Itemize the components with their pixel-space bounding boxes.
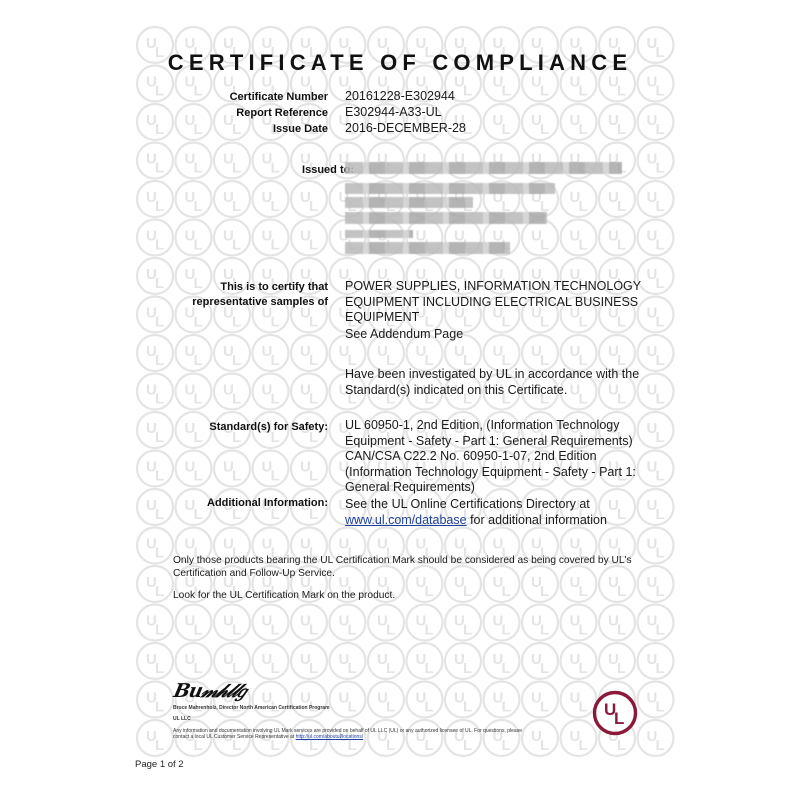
- svg-text:U: U: [608, 74, 619, 91]
- svg-text:U: U: [454, 613, 465, 630]
- svg-text:L: L: [271, 237, 280, 254]
- svg-text:U: U: [146, 651, 157, 668]
- svg-text:L: L: [656, 198, 665, 215]
- svg-text:L: L: [502, 737, 511, 754]
- svg-text:L: L: [155, 391, 164, 408]
- svg-text:U: U: [531, 228, 542, 245]
- svg-text:L: L: [579, 699, 588, 716]
- svg-text:L: L: [463, 737, 472, 754]
- svg-text:L: L: [656, 275, 665, 292]
- page-number: Page 1 of 2: [135, 759, 184, 770]
- svg-text:L: L: [617, 237, 626, 254]
- certify-label-line1: This is to certify that: [220, 281, 328, 293]
- svg-text:L: L: [502, 583, 511, 600]
- svg-text:L: L: [194, 468, 203, 485]
- svg-text:U: U: [223, 112, 234, 129]
- svg-text:U: U: [146, 151, 157, 168]
- svg-text:U: U: [339, 343, 350, 360]
- redacted-line: [345, 230, 413, 238]
- svg-text:L: L: [540, 121, 549, 138]
- svg-text:U: U: [647, 266, 658, 283]
- svg-text:U: U: [300, 459, 311, 476]
- svg-text:U: U: [339, 536, 350, 553]
- svg-text:U: U: [185, 228, 196, 245]
- svg-text:L: L: [540, 622, 549, 639]
- ul-logo-l: L: [614, 709, 624, 728]
- svg-text:U: U: [185, 151, 196, 168]
- svg-text:L: L: [348, 660, 357, 677]
- svg-text:L: L: [232, 198, 241, 215]
- svg-text:L: L: [656, 352, 665, 369]
- svg-text:L: L: [155, 545, 164, 562]
- svg-text:L: L: [155, 352, 164, 369]
- svg-text:L: L: [194, 660, 203, 677]
- svg-text:L: L: [309, 468, 318, 485]
- svg-text:L: L: [309, 352, 318, 369]
- svg-text:U: U: [416, 343, 427, 360]
- standards-label: Standard(s) for Safety:: [209, 421, 328, 433]
- svg-text:U: U: [493, 690, 504, 707]
- svg-text:L: L: [232, 314, 241, 331]
- svg-text:L: L: [540, 660, 549, 677]
- svg-text:L: L: [579, 660, 588, 677]
- svg-text:U: U: [185, 266, 196, 283]
- svg-text:U: U: [262, 690, 273, 707]
- svg-text:U: U: [146, 112, 157, 129]
- svg-text:L: L: [579, 121, 588, 138]
- svg-text:L: L: [309, 660, 318, 677]
- svg-text:U: U: [647, 228, 658, 245]
- svg-text:U: U: [223, 459, 234, 476]
- svg-text:L: L: [502, 83, 511, 100]
- svg-text:U: U: [262, 536, 273, 553]
- svg-text:U: U: [146, 382, 157, 399]
- svg-text:L: L: [194, 198, 203, 215]
- svg-text:L: L: [463, 583, 472, 600]
- svg-text:U: U: [454, 343, 465, 360]
- svg-text:L: L: [425, 737, 434, 754]
- svg-text:L: L: [232, 391, 241, 408]
- svg-text:U: U: [570, 189, 581, 206]
- svg-text:U: U: [531, 651, 542, 668]
- svg-text:L: L: [155, 699, 164, 716]
- svg-text:L: L: [617, 737, 626, 754]
- svg-text:U: U: [185, 536, 196, 553]
- standards-text: UL 60950-1, 2nd Edition, (Information Te…: [345, 418, 645, 496]
- svg-text:L: L: [656, 83, 665, 100]
- svg-text:U: U: [416, 536, 427, 553]
- svg-text:U: U: [262, 228, 273, 245]
- svg-text:U: U: [185, 497, 196, 514]
- svg-text:U: U: [223, 613, 234, 630]
- svg-text:U: U: [146, 305, 157, 322]
- svg-text:L: L: [155, 583, 164, 600]
- svg-text:U: U: [493, 74, 504, 91]
- svg-text:L: L: [617, 83, 626, 100]
- svg-text:U: U: [146, 613, 157, 630]
- svg-text:U: U: [647, 536, 658, 553]
- svg-text:U: U: [570, 651, 581, 668]
- svg-text:L: L: [194, 237, 203, 254]
- svg-text:L: L: [155, 660, 164, 677]
- svg-text:U: U: [454, 74, 465, 91]
- svg-text:U: U: [223, 74, 234, 91]
- svg-text:U: U: [339, 690, 350, 707]
- look-for-mark-notice: Look for the UL Certification Mark on th…: [173, 590, 395, 603]
- svg-text:L: L: [194, 429, 203, 446]
- svg-text:L: L: [309, 314, 318, 331]
- svg-text:L: L: [232, 660, 241, 677]
- svg-text:U: U: [570, 112, 581, 129]
- svg-text:U: U: [339, 613, 350, 630]
- svg-text:L: L: [656, 737, 665, 754]
- svg-text:U: U: [146, 459, 157, 476]
- redacted-line: [345, 242, 510, 254]
- svg-text:L: L: [309, 391, 318, 408]
- svg-text:U: U: [531, 343, 542, 360]
- svg-text:U: U: [531, 690, 542, 707]
- addendum-note: See Addendum Page: [345, 327, 463, 343]
- investigated-statement: Have been investigated by UL in accordan…: [345, 367, 645, 398]
- svg-text:U: U: [531, 536, 542, 553]
- svg-text:L: L: [579, 237, 588, 254]
- svg-text:U: U: [647, 420, 658, 437]
- svg-text:U: U: [570, 613, 581, 630]
- svg-text:U: U: [647, 651, 658, 668]
- svg-text:U: U: [223, 536, 234, 553]
- svg-text:L: L: [194, 83, 203, 100]
- svg-text:L: L: [194, 314, 203, 331]
- svg-text:L: L: [348, 622, 357, 639]
- svg-text:U: U: [493, 613, 504, 630]
- svg-text:L: L: [579, 583, 588, 600]
- svg-text:L: L: [617, 121, 626, 138]
- svg-text:L: L: [540, 237, 549, 254]
- svg-text:L: L: [155, 429, 164, 446]
- svg-text:U: U: [647, 74, 658, 91]
- svg-text:U: U: [185, 189, 196, 206]
- svg-text:U: U: [647, 305, 658, 322]
- svg-text:L: L: [271, 314, 280, 331]
- svg-text:L: L: [309, 622, 318, 639]
- svg-text:L: L: [155, 237, 164, 254]
- additional-info-prefix: See the UL Online Certifications Directo…: [345, 497, 590, 511]
- svg-text:L: L: [232, 237, 241, 254]
- svg-text:U: U: [416, 690, 427, 707]
- svg-text:U: U: [377, 613, 388, 630]
- svg-text:U: U: [647, 613, 658, 630]
- additional-info-label: Additional Information:: [207, 497, 328, 509]
- redacted-line: [345, 162, 622, 174]
- svg-text:U: U: [377, 343, 388, 360]
- svg-text:U: U: [300, 343, 311, 360]
- svg-text:L: L: [232, 468, 241, 485]
- svg-text:L: L: [463, 699, 472, 716]
- svg-text:L: L: [271, 660, 280, 677]
- svg-text:U: U: [377, 74, 388, 91]
- svg-text:L: L: [656, 583, 665, 600]
- svg-text:U: U: [146, 74, 157, 91]
- svg-text:U: U: [493, 343, 504, 360]
- svg-text:L: L: [194, 160, 203, 177]
- svg-text:U: U: [647, 112, 658, 129]
- redacted-line: [345, 212, 547, 224]
- svg-text:U: U: [416, 74, 427, 91]
- svg-text:U: U: [185, 420, 196, 437]
- svg-text:L: L: [540, 699, 549, 716]
- svg-text:L: L: [232, 352, 241, 369]
- svg-text:U: U: [262, 74, 273, 91]
- svg-text:L: L: [425, 699, 434, 716]
- svg-text:U: U: [647, 728, 658, 745]
- svg-text:U: U: [493, 536, 504, 553]
- svg-text:L: L: [425, 660, 434, 677]
- signatory-name: Bruce Mahrenholz, Director North America…: [173, 705, 330, 711]
- svg-text:U: U: [146, 690, 157, 707]
- svg-text:L: L: [540, 737, 549, 754]
- svg-text:U: U: [608, 189, 619, 206]
- redacted-line: [345, 197, 473, 208]
- svg-text:U: U: [608, 343, 619, 360]
- svg-text:U: U: [647, 690, 658, 707]
- svg-text:L: L: [271, 391, 280, 408]
- ul-locations-link[interactable]: http://ul.com/aboutul/locations/: [296, 734, 364, 740]
- svg-text:L: L: [155, 622, 164, 639]
- issue-date-value: 2016-DECEMBER-28: [345, 121, 466, 137]
- svg-text:L: L: [540, 583, 549, 600]
- svg-text:L: L: [656, 622, 665, 639]
- svg-text:U: U: [300, 690, 311, 707]
- svg-text:U: U: [223, 651, 234, 668]
- svg-text:L: L: [656, 391, 665, 408]
- svg-text:L: L: [232, 160, 241, 177]
- svg-text:L: L: [194, 391, 203, 408]
- certify-label-line2: representative samples of: [192, 296, 328, 308]
- svg-text:U: U: [647, 189, 658, 206]
- svg-text:U: U: [300, 228, 311, 245]
- svg-text:L: L: [425, 583, 434, 600]
- svg-text:U: U: [570, 343, 581, 360]
- svg-text:U: U: [300, 613, 311, 630]
- svg-text:U: U: [300, 382, 311, 399]
- svg-text:L: L: [656, 468, 665, 485]
- svg-text:U: U: [416, 613, 427, 630]
- svg-text:L: L: [617, 622, 626, 639]
- ul-database-link[interactable]: www.ul.com/database: [345, 513, 467, 527]
- svg-text:U: U: [531, 728, 542, 745]
- svg-text:L: L: [155, 160, 164, 177]
- svg-text:U: U: [185, 112, 196, 129]
- svg-text:U: U: [647, 497, 658, 514]
- svg-text:U: U: [300, 651, 311, 668]
- svg-text:L: L: [155, 737, 164, 754]
- report-reference-value: E302944-A33-UL: [345, 105, 442, 121]
- svg-text:U: U: [300, 189, 311, 206]
- svg-text:U: U: [454, 651, 465, 668]
- svg-text:L: L: [502, 622, 511, 639]
- svg-text:L: L: [463, 660, 472, 677]
- svg-text:L: L: [194, 121, 203, 138]
- svg-text:U: U: [223, 151, 234, 168]
- svg-text:U: U: [454, 536, 465, 553]
- svg-text:L: L: [540, 83, 549, 100]
- svg-text:L: L: [271, 352, 280, 369]
- certificate-number-value: 20161228-E302944: [345, 89, 455, 105]
- svg-text:U: U: [647, 343, 658, 360]
- svg-text:U: U: [493, 112, 504, 129]
- svg-text:U: U: [339, 651, 350, 668]
- additional-info-text: See the UL Online Certifications Directo…: [345, 497, 645, 528]
- svg-text:L: L: [656, 429, 665, 446]
- svg-text:L: L: [579, 198, 588, 215]
- svg-text:L: L: [348, 699, 357, 716]
- svg-text:U: U: [223, 189, 234, 206]
- svg-text:U: U: [300, 536, 311, 553]
- svg-text:U: U: [185, 343, 196, 360]
- svg-text:U: U: [531, 74, 542, 91]
- svg-text:U: U: [608, 651, 619, 668]
- svg-text:L: L: [656, 660, 665, 677]
- svg-text:U: U: [647, 382, 658, 399]
- svg-text:L: L: [656, 160, 665, 177]
- svg-text:L: L: [309, 198, 318, 215]
- svg-text:L: L: [579, 622, 588, 639]
- svg-text:U: U: [146, 536, 157, 553]
- redacted-line: [345, 183, 555, 194]
- svg-text:L: L: [271, 622, 280, 639]
- disclaimer-prefix: contact a local UL Customer Service Repr…: [173, 734, 296, 740]
- svg-text:L: L: [155, 83, 164, 100]
- company-name: UL LLC: [173, 716, 191, 722]
- svg-text:U: U: [454, 690, 465, 707]
- svg-text:U: U: [146, 189, 157, 206]
- svg-text:U: U: [223, 228, 234, 245]
- svg-text:L: L: [579, 83, 588, 100]
- svg-text:L: L: [386, 660, 395, 677]
- svg-text:L: L: [617, 660, 626, 677]
- svg-text:U: U: [377, 536, 388, 553]
- svg-text:L: L: [232, 121, 241, 138]
- svg-text:L: L: [656, 314, 665, 331]
- svg-text:L: L: [386, 699, 395, 716]
- svg-text:U: U: [262, 459, 273, 476]
- svg-text:U: U: [647, 459, 658, 476]
- svg-text:U: U: [146, 266, 157, 283]
- svg-text:U: U: [262, 343, 273, 360]
- certificate-number-label: Certificate Number: [230, 91, 328, 103]
- svg-text:U: U: [223, 382, 234, 399]
- certified-products: POWER SUPPLIES, INFORMATION TECHNOLOGY E…: [345, 279, 645, 326]
- svg-text:U: U: [223, 343, 234, 360]
- svg-text:U: U: [262, 189, 273, 206]
- svg-text:L: L: [155, 198, 164, 215]
- svg-text:U: U: [146, 728, 157, 745]
- disclaimer-line2: contact a local UL Customer Service Repr…: [173, 734, 363, 740]
- svg-text:L: L: [617, 198, 626, 215]
- svg-text:L: L: [194, 275, 203, 292]
- certificate-title: CERTIFICATE OF COMPLIANCE: [0, 50, 800, 76]
- svg-text:U: U: [377, 651, 388, 668]
- svg-text:U: U: [608, 536, 619, 553]
- svg-text:L: L: [502, 699, 511, 716]
- svg-text:U: U: [416, 651, 427, 668]
- svg-text:U: U: [185, 382, 196, 399]
- svg-text:U: U: [300, 74, 311, 91]
- svg-text:L: L: [502, 660, 511, 677]
- signature-image: Bu𝓂𝒽𝓁𝓁𝑔: [172, 680, 248, 702]
- svg-text:L: L: [656, 506, 665, 523]
- additional-info-suffix: for additional information: [467, 513, 607, 527]
- svg-text:U: U: [608, 112, 619, 129]
- svg-text:L: L: [309, 237, 318, 254]
- svg-text:L: L: [386, 622, 395, 639]
- svg-text:U: U: [647, 574, 658, 591]
- svg-text:U: U: [570, 228, 581, 245]
- svg-text:U: U: [647, 151, 658, 168]
- svg-text:L: L: [194, 352, 203, 369]
- svg-text:U: U: [262, 651, 273, 668]
- svg-text:L: L: [579, 737, 588, 754]
- svg-text:U: U: [146, 228, 157, 245]
- svg-text:L: L: [194, 622, 203, 639]
- svg-text:U: U: [608, 228, 619, 245]
- svg-text:L: L: [617, 583, 626, 600]
- report-reference-label: Report Reference: [236, 107, 328, 119]
- svg-text:L: L: [463, 83, 472, 100]
- svg-text:U: U: [608, 613, 619, 630]
- svg-text:L: L: [502, 121, 511, 138]
- svg-text:L: L: [386, 737, 395, 754]
- svg-text:U: U: [146, 343, 157, 360]
- issue-date-label: Issue Date: [273, 123, 328, 135]
- svg-text:U: U: [185, 613, 196, 630]
- svg-text:U: U: [185, 74, 196, 91]
- svg-text:U: U: [531, 613, 542, 630]
- svg-text:L: L: [271, 468, 280, 485]
- svg-text:L: L: [656, 545, 665, 562]
- svg-text:U: U: [185, 459, 196, 476]
- svg-text:L: L: [155, 314, 164, 331]
- svg-text:U: U: [377, 690, 388, 707]
- svg-text:U: U: [262, 151, 273, 168]
- svg-text:L: L: [271, 198, 280, 215]
- svg-text:U: U: [570, 728, 581, 745]
- svg-text:U: U: [146, 420, 157, 437]
- certification-mark-notice: Only those products bearing the UL Certi…: [173, 555, 643, 580]
- svg-text:L: L: [155, 275, 164, 292]
- ul-logo: U L: [592, 690, 638, 736]
- svg-text:U: U: [146, 497, 157, 514]
- svg-text:U: U: [339, 74, 350, 91]
- svg-text:U: U: [531, 112, 542, 129]
- svg-text:L: L: [656, 121, 665, 138]
- svg-text:L: L: [656, 699, 665, 716]
- svg-text:L: L: [155, 121, 164, 138]
- svg-text:U: U: [146, 574, 157, 591]
- svg-text:U: U: [570, 74, 581, 91]
- svg-text:U: U: [262, 382, 273, 399]
- svg-text:L: L: [463, 622, 472, 639]
- svg-text:U: U: [185, 651, 196, 668]
- svg-text:U: U: [493, 651, 504, 668]
- svg-text:L: L: [155, 468, 164, 485]
- svg-text:L: L: [232, 622, 241, 639]
- svg-text:L: L: [194, 506, 203, 523]
- svg-text:L: L: [155, 506, 164, 523]
- svg-text:U: U: [262, 613, 273, 630]
- svg-text:U: U: [570, 536, 581, 553]
- svg-text:L: L: [425, 622, 434, 639]
